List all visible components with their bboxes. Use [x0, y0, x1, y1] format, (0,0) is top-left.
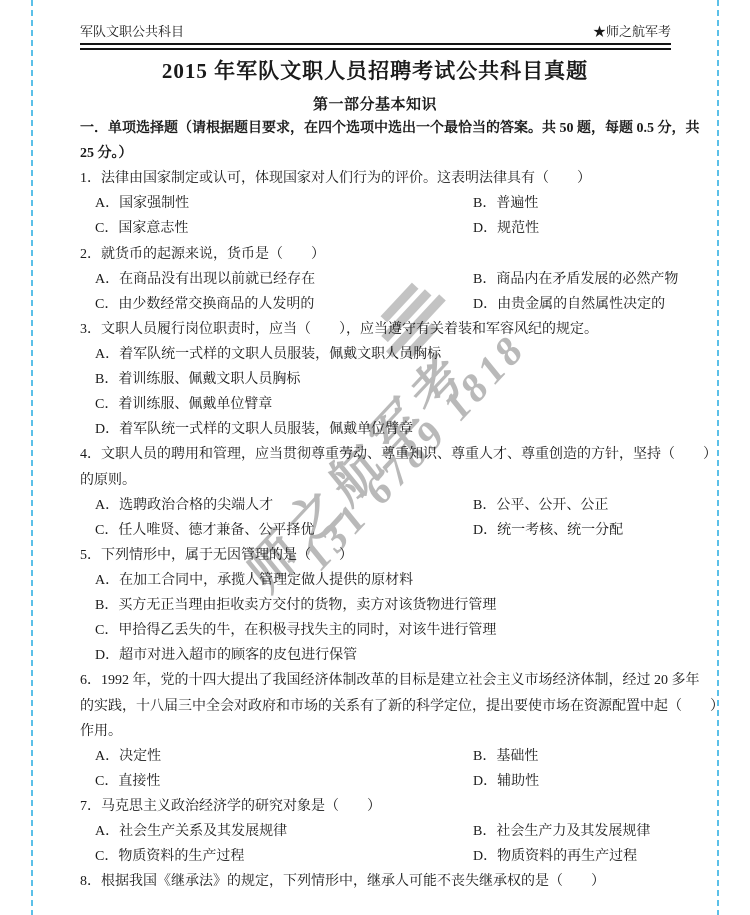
option-d: D．统一考核、统一分配 — [473, 518, 623, 543]
left-fold-guide-line — [31, 0, 33, 915]
exam-title: 2015 年军队文职人员招聘考试公共科目真题 — [0, 55, 750, 85]
option-c: C．直接性 — [95, 769, 160, 794]
option-b: B．社会生产力及其发展规律 — [473, 819, 650, 844]
exam-document-page: 师之航军考 131 6789 1818 军队文职公共科目 ★师之航军考 2015… — [0, 0, 750, 915]
question-3-stem-line: 3．文职人员履行岗位职责时，应当（ ），应当遵守有关着装和军容风纪的规定。 — [80, 317, 672, 342]
option-d: D．规范性 — [473, 216, 539, 241]
section-instructions-line: 一．单项选择题（请根据题目要求，在四个选项中选出一个最恰当的答案。共 50 题，… — [80, 116, 672, 141]
option-a: A．着军队统一式样的文职人员服装，佩戴文职人员胸标 — [80, 342, 672, 367]
question-7-stem-line: 7．马克思主义政治经济学的研究对象是（ ） — [80, 794, 672, 819]
header-double-rule — [80, 43, 671, 50]
option-b: B．商品内在矛盾发展的必然产物 — [473, 267, 678, 292]
question-4-option-row: C．任人唯贤、德才兼备、公平择优D．统一考核、统一分配 — [80, 518, 672, 543]
option-a: A．选聘政治合格的尖端人才 — [95, 493, 273, 518]
right-fold-guide-line — [717, 0, 719, 915]
question-7-option-row: C．物质资料的生产过程D．物质资料的再生产过程 — [80, 844, 672, 869]
option-b: B．着训练服、佩戴文职人员胸标 — [80, 367, 672, 392]
header-brand-label: ★师之航军考 — [593, 21, 671, 40]
question-5-stem-line: 5．下列情形中，属于无因管理的是（ ） — [80, 543, 672, 568]
question-8-stem-line: 8．根据我国《继承法》的规定，下列情形中，继承人可能不丧失继承权的是（ ） — [80, 869, 672, 894]
question-6-stem-line: 作用。 — [80, 719, 672, 744]
question-1-stem-line: 1．法律由国家制定或认可，体现国家对人们行为的评价。这表明法律具有（ ） — [80, 166, 672, 191]
question-2-option-row: A．在商品没有出现以前就已经存在B．商品内在矛盾发展的必然产物 — [80, 267, 672, 292]
option-c: C．甲拾得乙丢失的牛，在积极寻找失主的同时，对该牛进行管理 — [80, 618, 672, 643]
option-b: B．基础性 — [473, 744, 538, 769]
question-4-option-row: A．选聘政治合格的尖端人才B．公平、公开、公正 — [80, 493, 672, 518]
option-b: B．公平、公开、公正 — [473, 493, 608, 518]
option-d: D．着军队统一式样的文职人员服装，佩戴单位臂章 — [80, 417, 672, 442]
question-1-option-row: A．国家强制性B．普遍性 — [80, 191, 672, 216]
option-d: D．物质资料的再生产过程 — [473, 844, 637, 869]
option-d: D．由贵金属的自然属性决定的 — [473, 292, 665, 317]
option-c: C．物质资料的生产过程 — [95, 844, 244, 869]
question-4-stem-line: 4．文职人员的聘用和管理，应当贯彻尊重劳动、尊重知识、尊重人才、尊重创造的方针，… — [80, 442, 672, 467]
question-7-option-row: A．社会生产关系及其发展规律B．社会生产力及其发展规律 — [80, 819, 672, 844]
option-a: A．决定性 — [95, 744, 161, 769]
question-6-stem-line: 6．1992 年，党的十四大提出了我国经济体制改革的目标是建立社会主义市场经济体… — [80, 668, 672, 693]
option-d: D．辅助性 — [473, 769, 539, 794]
option-c: C．任人唯贤、德才兼备、公平择优 — [95, 518, 314, 543]
part-title: 第一部分基本知识 — [0, 93, 750, 114]
question-6-option-row: C．直接性D．辅助性 — [80, 769, 672, 794]
question-6-stem-line: 的实践，十八届三中全会对政府和市场的关系有了新的科学定位，提出要使市场在资源配置… — [80, 694, 672, 719]
option-a: A．社会生产关系及其发展规律 — [95, 819, 287, 844]
option-a: A．在商品没有出现以前就已经存在 — [95, 267, 315, 292]
option-c: C．由少数经常交换商品的人发明的 — [95, 292, 314, 317]
question-6-option-row: A．决定性B．基础性 — [80, 744, 672, 769]
header-course-label: 军队文职公共科目 — [80, 21, 184, 40]
option-d: D．超市对进入超市的顾客的皮包进行保管 — [80, 643, 672, 668]
question-2-option-row: C．由少数经常交换商品的人发明的D．由贵金属的自然属性决定的 — [80, 292, 672, 317]
option-b: B．普遍性 — [473, 191, 538, 216]
option-a: A．在加工合同中，承揽人管理定做人提供的原材料 — [80, 568, 672, 593]
question-2-stem-line: 2．就货币的起源来说，货币是（ ） — [80, 242, 672, 267]
option-c: C．着训练服、佩戴单位臂章 — [80, 392, 672, 417]
option-b: B．买方无正当理由拒收卖方交付的货物，卖方对该货物进行管理 — [80, 593, 672, 618]
section-instructions-line: 25 分。） — [80, 141, 672, 166]
question-1-option-row: C．国家意志性D．规范性 — [80, 216, 672, 241]
option-c: C．国家意志性 — [95, 216, 188, 241]
question-4-stem-line: 的原则。 — [80, 468, 672, 493]
exam-body: 一．单项选择题（请根据题目要求，在四个选项中选出一个最恰当的答案。共 50 题，… — [80, 116, 672, 894]
option-a: A．国家强制性 — [95, 191, 189, 216]
